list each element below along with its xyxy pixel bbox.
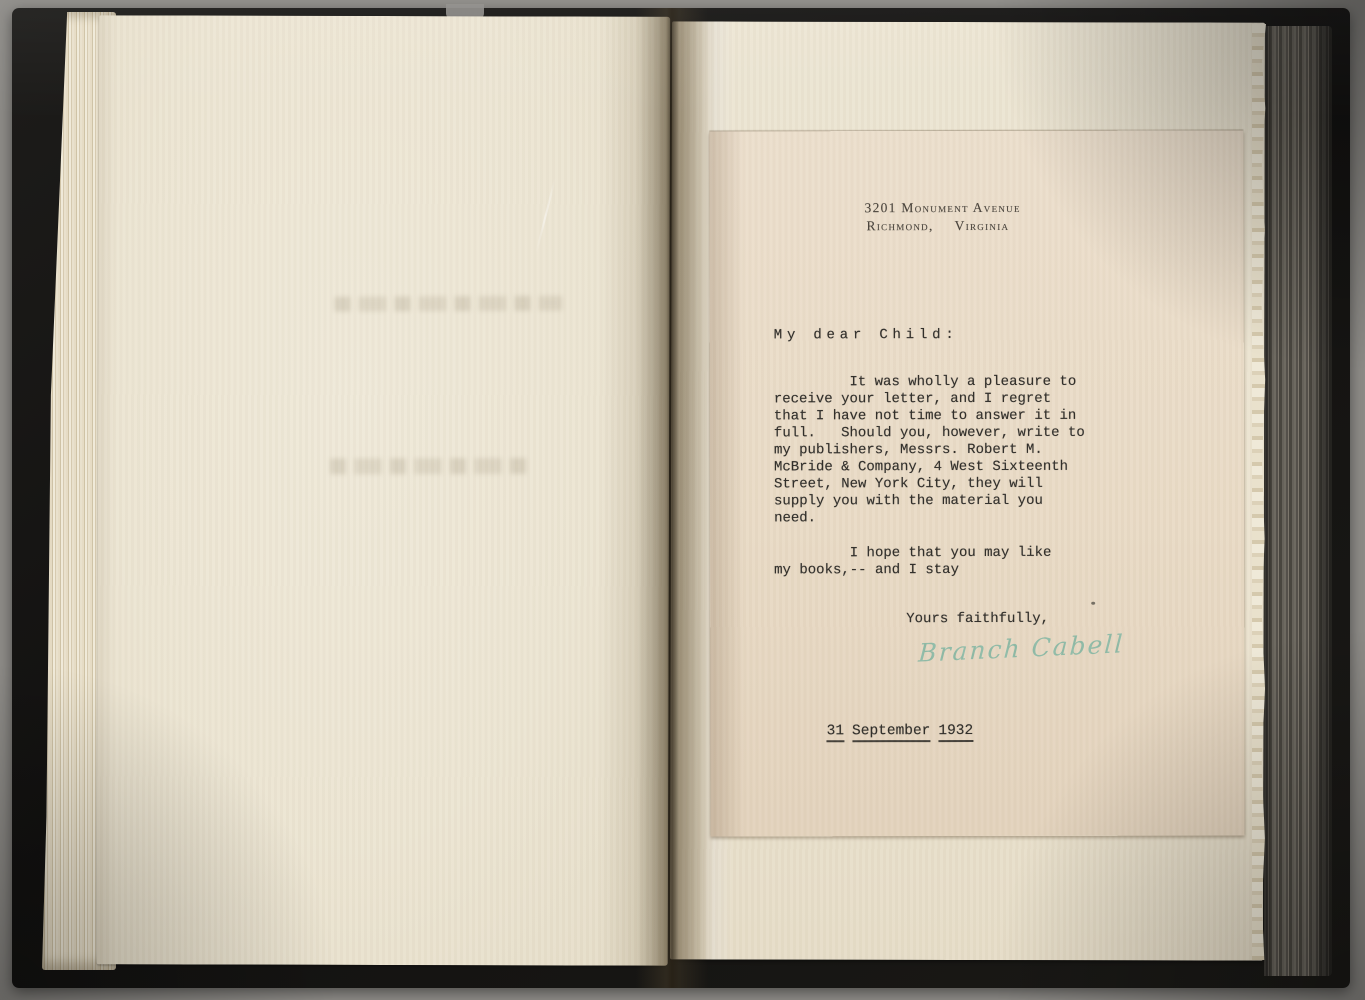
ink-speck [1091,602,1095,605]
show-through-text-smudge [330,458,534,475]
letterhead: 3201 Monument Avenue Richmond,Virginia [865,199,1021,234]
left-blank-page [97,15,670,965]
letter-body-paragraph-2: I hope that you may likemy books,-- and … [774,545,1051,579]
date-year: 1932 [938,723,973,742]
letterhead-state: Virginia [955,218,1010,233]
letterhead-city: Richmond, [867,218,934,233]
show-through-text-smudge [334,296,562,312]
tipped-in-typed-letter: 3201 Monument Avenue Richmond,Virginia M… [709,131,1244,837]
handwritten-signature: Branch Cabell [918,629,1126,667]
paper-grain-texture [97,15,670,965]
date-day: 31 [827,723,844,742]
date-month: September [852,723,930,742]
right-page-block-edge [1264,26,1332,976]
paper-scratch-mark [535,177,556,253]
salutation: My dear Child: [774,327,959,344]
letterhead-city-state: Richmond,Virginia [865,217,1021,234]
photograph-of-open-book: 3201 Monument Avenue Richmond,Virginia M… [0,0,1365,1000]
letter-body-paragraph-1: It was wholly a pleasure toreceive your … [774,374,1085,528]
book-gutter-shadow [636,8,708,988]
letterhead-address: 3201 Monument Avenue [865,200,1021,215]
closing-phrase: Yours faithfully, [906,611,1049,628]
date-line: 31September1932 [774,706,973,757]
